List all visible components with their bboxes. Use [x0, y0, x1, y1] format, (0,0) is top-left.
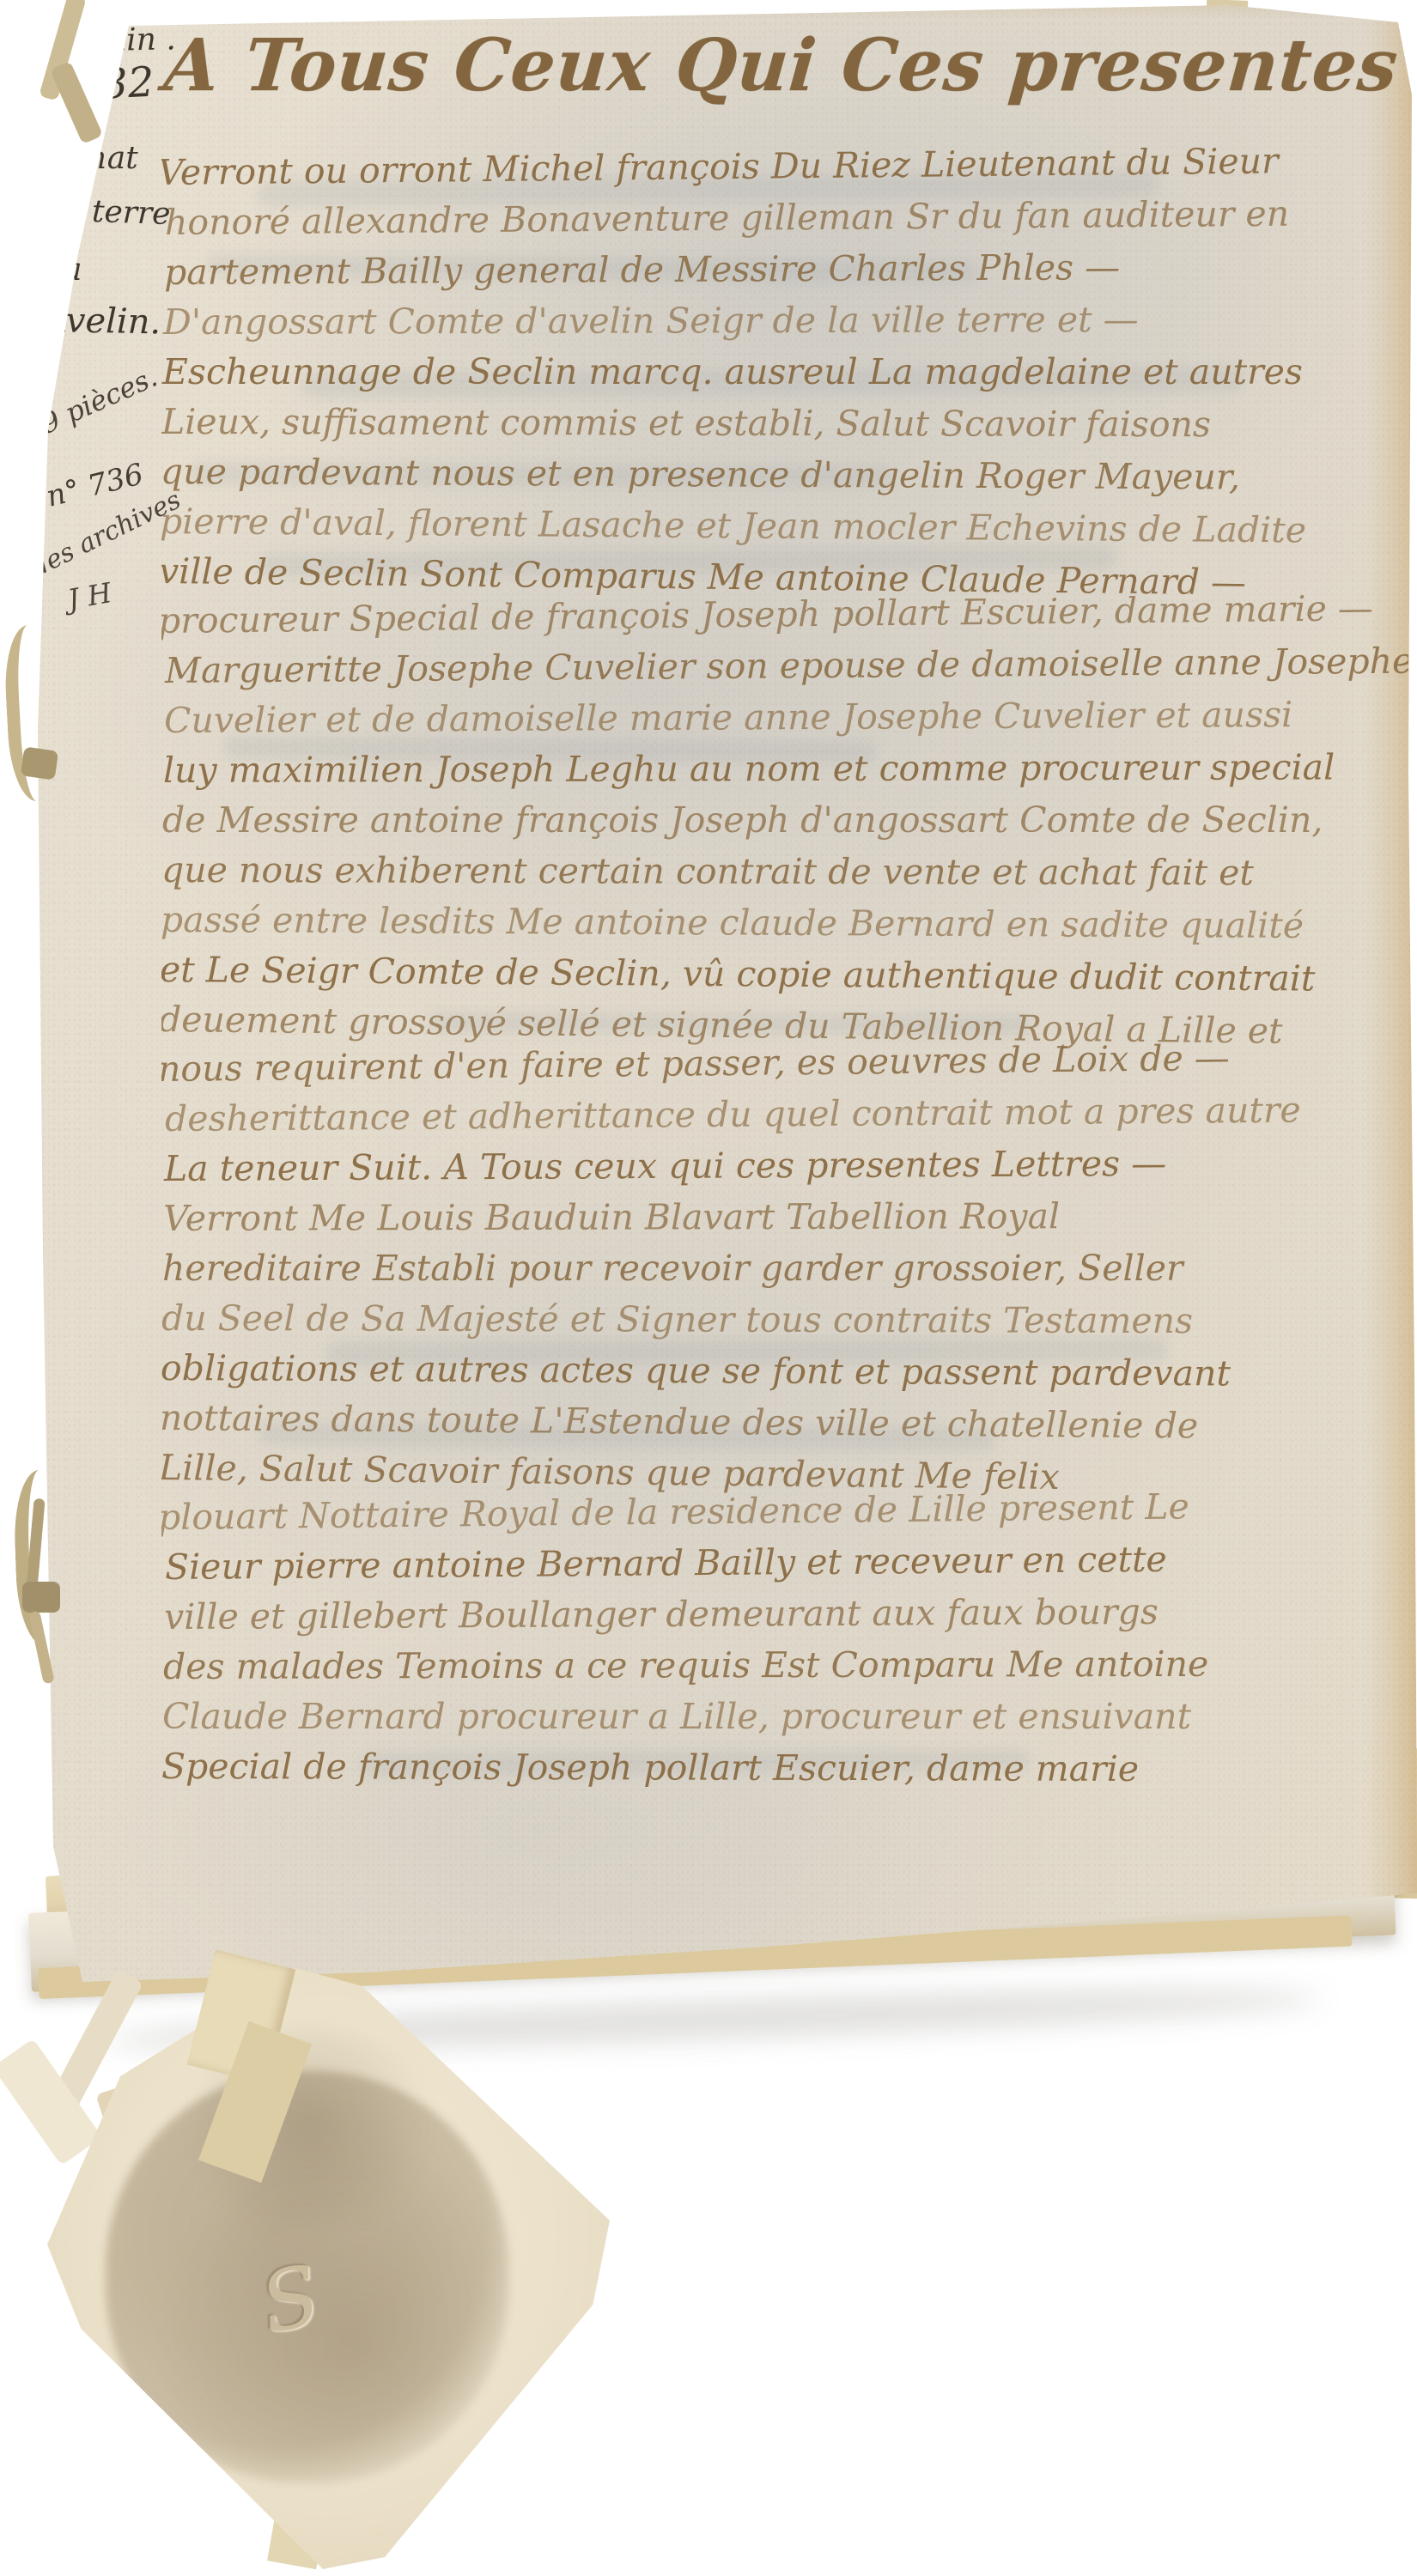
- manuscript-line: D'angossart Comte d'avelin Seigr de la v…: [163, 294, 1408, 347]
- manuscript-line: hereditaire Establi pour recevoir garder…: [162, 1243, 1408, 1293]
- manuscript-line: Cuvelier et de damoiselle marie anne Jos…: [164, 689, 1408, 745]
- manuscript-line: La teneur Suit. A Tous ceux qui ces pres…: [164, 1137, 1408, 1194]
- manuscript-line: des malades Temoins a ce requis Est Comp…: [163, 1638, 1408, 1692]
- binding-lace-knot: [21, 746, 58, 780]
- manuscript-line: obligations et autres actes que se font …: [161, 1343, 1408, 1400]
- manuscript-scan: S 10 Juin . 1732 achat de terre à Avelin…: [0, 0, 1417, 2576]
- margin-note-de-terre: de terre: [44, 192, 172, 232]
- manuscript-line: luy maximilien Joseph Leghu au nom et co…: [163, 742, 1408, 795]
- manuscript-body: Verront ou orront Michel françois Du Rie…: [161, 148, 1408, 1831]
- manuscript-line: du Seel de Sa Majesté et Signer tous con…: [161, 1293, 1408, 1346]
- manuscript-line: Verront Me Louis Bauduin Blavart Tabelli…: [163, 1190, 1408, 1243]
- papered-seal: S: [47, 1968, 610, 2569]
- margin-note-avelin: Avelin.: [42, 301, 161, 342]
- binding-lace-lower: [12, 1469, 71, 1647]
- manuscript-line: de Messire antoine françois Joseph d'ang…: [162, 795, 1408, 845]
- manuscript-line: que pardevant nous et en presence d'ange…: [161, 447, 1408, 503]
- manuscript-line: pierre d'aval, florent Lasache et Jean m…: [161, 496, 1407, 556]
- manuscript-line: Lieux, suffisament commis et establi, Sa…: [161, 397, 1408, 450]
- manuscript-line: Special de françois Joseph pollart Escui…: [161, 1741, 1408, 1795]
- manuscript-line: nottaires dans toute L'Estendue des vill…: [161, 1393, 1407, 1452]
- manuscript-line: que nous exhiberent certain contrait de …: [161, 845, 1408, 898]
- margin-note-a: à: [64, 252, 82, 288]
- manuscript-line: ville et gillebert Boullanger demeurant …: [164, 1585, 1408, 1642]
- manuscript-line: partement Bailly general de Messire Char…: [164, 240, 1408, 297]
- manuscript-line: desherittance et adherittance du quel co…: [165, 1084, 1408, 1144]
- margin-note-pieces: 9 pièces.: [36, 361, 162, 440]
- manuscript-line: passé entre lesdits Me antoine claude Be…: [161, 895, 1408, 951]
- manuscript-line: Margueritte Josephe Cuvelier son epouse …: [165, 636, 1408, 696]
- manuscript-line: Sieur pierre antoine Bernard Bailly et r…: [165, 1533, 1408, 1592]
- binding-lace-knot: [22, 1582, 60, 1613]
- manuscript-line: Claude Bernard procureur a Lille, procur…: [162, 1692, 1408, 1741]
- manuscript-line: Escheunnage de Seclin marcq. ausreul La …: [162, 347, 1408, 397]
- document-heading: A Tous Ceux Qui Ces presentes Lrēs: [161, 22, 1372, 107]
- manuscript-line: honoré allexandre Bonaventure gilleman S…: [165, 188, 1408, 247]
- margin-note-initials: J H: [65, 576, 114, 616]
- binding-lace-top: [50, 61, 103, 144]
- manuscript-line: et Le Seigr Comte de Seclin, vû copie au…: [161, 945, 1407, 1004]
- margin-note-achat: achat: [52, 141, 138, 176]
